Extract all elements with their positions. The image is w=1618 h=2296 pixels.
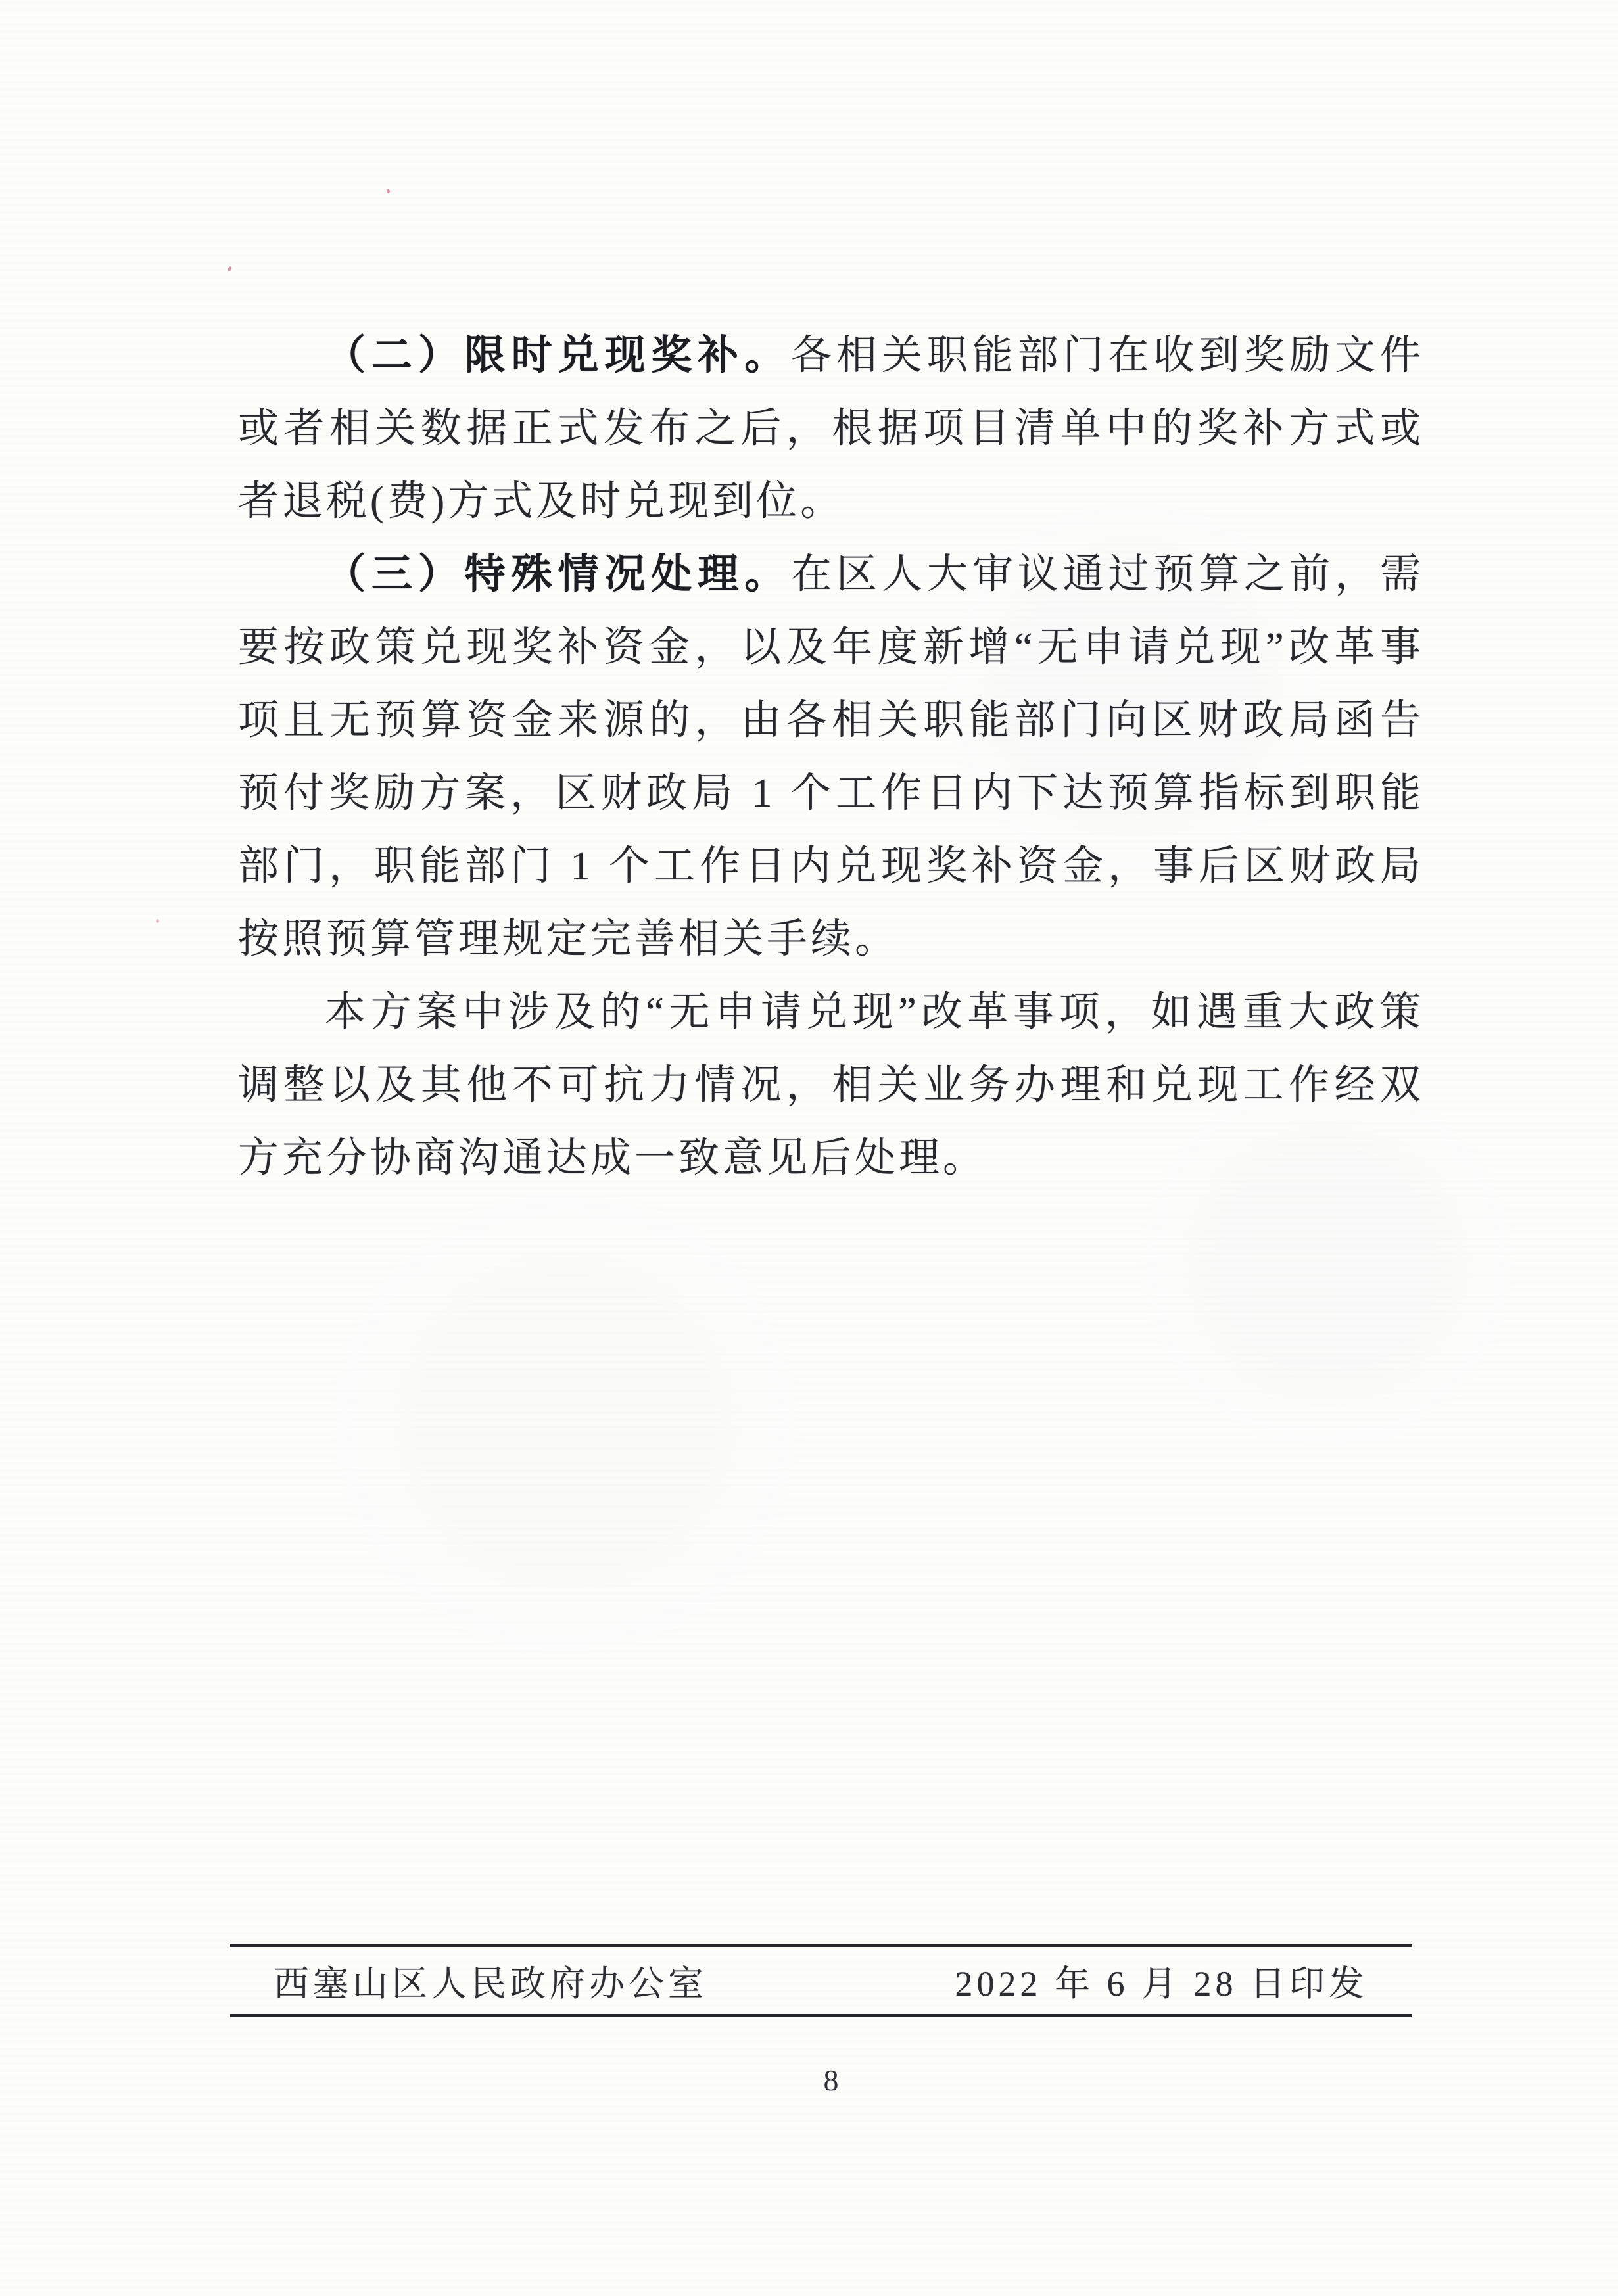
scanned-document-page: （二）限时兑现奖补。各相关职能部门在收到奖励文件或者相关数据正式发布之后，根据项… [0, 0, 1618, 2296]
paragraph-closing: 本方案中涉及的“无申请兑现”改革事项，如遇重大政策调整以及其他不可抗力情况，相关… [238, 976, 1424, 1195]
scan-speck [227, 266, 233, 271]
scan-speck [156, 919, 159, 923]
print-date: 2022 年 6 月 28 日印发 [955, 1956, 1369, 2006]
colophon-box: 西塞山区人民政府办公室 2022 年 6 月 28 日印发 [230, 1944, 1412, 2017]
paragraph-heading: （二）限时兑现奖补。 [325, 333, 791, 378]
document-body: （二）限时兑现奖补。各相关职能部门在收到奖励文件或者相关数据正式发布之后，根据项… [238, 319, 1424, 1195]
page-number: 8 [238, 2063, 1424, 2097]
paragraph-text: 在区人大审议通过预算之前，需要按政策兑现奖补资金，以及年度新增“无申请兑现”改革… [238, 552, 1424, 962]
paragraph-heading: （三）特殊情况处理。 [325, 552, 791, 597]
paragraph-text: 本方案中涉及的“无申请兑现”改革事项，如遇重大政策调整以及其他不可抗力情况，相关… [238, 990, 1424, 1181]
paragraph-item-2: （二）限时兑现奖补。各相关职能部门在收到奖励文件或者相关数据正式发布之后，根据项… [238, 319, 1424, 538]
scan-speck [387, 189, 390, 193]
issuing-office: 西塞山区人民政府办公室 [274, 1956, 707, 2006]
paragraph-item-3: （三）特殊情况处理。在区人大审议通过预算之前，需要按政策兑现奖补资金，以及年度新… [238, 538, 1424, 976]
